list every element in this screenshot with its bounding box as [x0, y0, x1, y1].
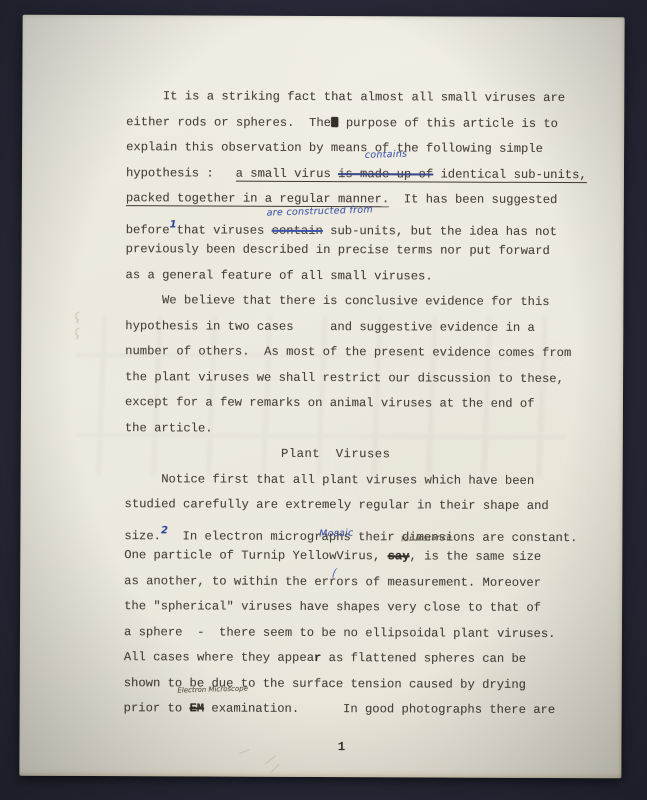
typed-line: prior to EMElectron Microscope examinati…	[124, 696, 592, 724]
typed-text: hypothesis in two cases and suggestive e…	[125, 319, 535, 335]
typed-line: a sphere - there seem to be no ellipsoid…	[124, 620, 592, 648]
handwritten-superscript: 2	[161, 525, 168, 536]
typed-line: the plant viruses we shall restrict our …	[125, 365, 593, 393]
typed-text-underlined-struck: is made up ofcontains	[338, 167, 433, 182]
typed-line: size.2 In electron micrographs their dim…	[124, 518, 592, 546]
typed-line: All cases where they appear as flattened…	[124, 645, 592, 673]
typed-text: purpose of this article is to	[339, 116, 558, 131]
typed-text: as flattened spheres can be	[321, 651, 526, 666]
typed-line: One particle of Turnip YellowMosaicVirus…	[124, 543, 592, 571]
margin-pencil-marks	[71, 309, 85, 343]
typed-line: It is a striking fact that almost all sm…	[126, 84, 594, 112]
typed-text: All cases where they appea	[124, 650, 314, 665]
typed-line: number of others. As most of the present…	[125, 339, 593, 367]
typed-line: except for a few remarks on animal virus…	[125, 390, 593, 418]
typed-text: Virus,	[336, 549, 387, 563]
typed-text: the article.	[125, 421, 213, 435]
handwritten-annotation: for instance	[401, 524, 453, 551]
handwritten-annotation: Electron Microscope	[177, 676, 248, 704]
typed-body: It is a striking fact that almost all sm…	[124, 84, 595, 724]
typed-line: We believe that there is conclusive evid…	[125, 288, 593, 316]
typed-text: number of others. As most of the present…	[125, 344, 571, 360]
typed-line: hypothesis in two cases and suggestive e…	[125, 314, 593, 342]
handwritten-annotation: are constructed from	[266, 197, 373, 226]
typed-text-struck-pen: containare constructed from	[272, 223, 323, 237]
typed-text: before	[126, 223, 170, 237]
typed-line: either rods or spheres. The purpose of t…	[126, 110, 594, 138]
typed-text: either rods or spheres. The	[126, 115, 331, 130]
typed-text: as a general feature of all small viruse…	[125, 268, 432, 283]
typed-text: Notice first that all plant viruses whic…	[125, 472, 535, 488]
typed-text: size.	[124, 529, 161, 543]
manuscript-page: It is a striking fact that almost all sm…	[19, 15, 624, 779]
handwritten-annotation: contains	[364, 142, 407, 169]
handwritten-superscript: 1	[170, 219, 177, 230]
typed-text: One particle of Turnip Yellow	[124, 548, 336, 563]
typed-text: previously been described in precise ter…	[126, 242, 550, 258]
section-heading-line: Plant Viruses	[125, 441, 593, 469]
typed-line: explain this observation by means of the…	[126, 135, 594, 163]
typed-line: hypothesis : a small virus is made up of…	[126, 161, 594, 189]
typed-text: hypothesis :	[126, 166, 236, 180]
typed-line: studied carefully are extremely regular …	[124, 492, 592, 520]
typed-text: as another, to within the errors of meas…	[124, 574, 541, 590]
typed-text: Plant Viruses	[281, 447, 390, 461]
typed-text: the plant viruses we shall restrict our …	[125, 370, 564, 386]
typed-text: , is the same size	[410, 549, 542, 564]
typed-line: the "spherical" viruses have shapes very…	[124, 594, 592, 622]
typed-text: sub-units, but the idea has not	[323, 224, 557, 239]
typed-text-struck-ink: sayfor instance	[388, 549, 410, 563]
typed-text: explain this observation by means of the…	[126, 140, 543, 156]
typed-text: examination. In good photographs there a…	[204, 701, 555, 717]
typed-text: It is a striking fact that almost all sm…	[126, 89, 565, 105]
typed-text: except for a few remarks on animal virus…	[125, 395, 535, 411]
photo-background: { "page": { "number": "1", "background_c…	[0, 0, 647, 800]
typed-text-underlined: identical sub-units,	[433, 167, 587, 183]
typed-line: as another, to within the errors of meas…	[124, 569, 592, 597]
typed-line: previously been described in precise ter…	[126, 237, 594, 265]
typed-text: the "spherical" viruses have shapes very…	[124, 599, 541, 615]
typed-text: It has been suggested	[389, 192, 557, 207]
typed-line: Notice first that all plant viruses whic…	[125, 467, 593, 495]
typed-text: studied carefully are extremely regular …	[124, 497, 548, 513]
typed-line: before1that viruses containare construct…	[126, 212, 594, 240]
page-number: 1	[19, 739, 621, 756]
typed-line: the article.	[125, 416, 593, 444]
pencil-scratches	[237, 748, 297, 778]
typed-text: that viruses	[177, 223, 272, 237]
handwritten-annotation: Mosaic	[319, 520, 354, 547]
typed-text: We believe that there is conclusive evid…	[125, 293, 549, 309]
typed-text-struck-ink: EMElectron Microscope	[189, 701, 204, 715]
typed-text-underlined: a small virus	[236, 166, 338, 181]
typed-text: a sphere - there seem to be no ellipsoid…	[124, 625, 556, 641]
typed-line: as a general feature of all small viruse…	[125, 263, 593, 291]
typed-text: In electron micrographs their dimensions…	[168, 529, 578, 545]
